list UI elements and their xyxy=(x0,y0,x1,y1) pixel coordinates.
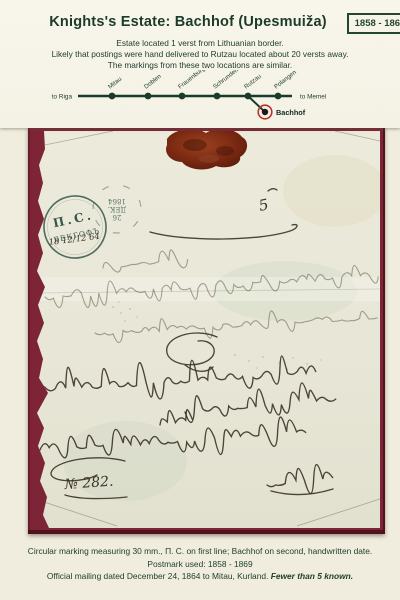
station-dot xyxy=(275,93,282,100)
arrival-year: 1864 xyxy=(108,197,126,205)
caption-line: Circular marking measuring 30 mm., П. С.… xyxy=(0,545,400,558)
cover-artwork: 26 ДЕК. 1864 П.С. БЕКГОФЪ 18 12/12 64 5 xyxy=(35,131,380,528)
station-dot xyxy=(109,93,116,100)
arrival-day: 26 xyxy=(112,213,121,221)
station-label: Polangen xyxy=(273,70,298,91)
arrival-month: ДЕК. xyxy=(108,205,126,213)
maroon-mat: 26 ДЕК. 1864 П.С. БЕКГОФЪ 18 12/12 64 5 xyxy=(28,126,385,534)
exhibit-page: Knights's Estate: Bachhof (Upesmuiža) 18… xyxy=(0,0,400,600)
bachhof-dot xyxy=(262,109,268,115)
station-label: Schrunden xyxy=(212,70,240,91)
caption-text: Official mailing dated December 24, 1864… xyxy=(47,571,268,581)
handwriting-paraph xyxy=(167,333,217,371)
fold-crease xyxy=(335,131,380,141)
flourish-swoosh xyxy=(150,225,297,239)
fold-crease xyxy=(35,499,117,526)
wax-seal xyxy=(166,131,247,169)
cds-line1: П.С. xyxy=(52,208,95,230)
station-label: Rutzau xyxy=(243,73,263,91)
fold-crease xyxy=(35,131,113,147)
caption-line: Official mailing dated December 24, 1864… xyxy=(0,570,400,583)
station-dot xyxy=(214,93,221,100)
period-badge: 1858 - 1869 xyxy=(347,13,400,34)
intro-line: Likely that postings were hand delivered… xyxy=(0,49,400,60)
station-dot xyxy=(145,93,152,100)
postal-cover: 26 ДЕК. 1864 П.С. БЕКГОФЪ 18 12/12 64 5 xyxy=(35,131,380,528)
header-sheet: Knights's Estate: Bachhof (Upesmuiža) 18… xyxy=(0,0,400,128)
caption-line: Postmark used: 1858 - 1869 xyxy=(0,558,400,571)
branch-line xyxy=(248,96,265,112)
fold-crease xyxy=(297,499,380,526)
handwriting-docket-line xyxy=(95,311,377,343)
caption-emphasis: Fewer than 5 known. xyxy=(271,571,353,581)
station-dot xyxy=(179,93,186,100)
terminus-right-label: to Memel xyxy=(300,94,326,101)
station-label: Mitau xyxy=(107,75,124,90)
bachhof-cds: П.С. БЕКГОФЪ xyxy=(38,190,112,264)
handwriting-docket-line xyxy=(103,250,188,272)
route-map: to Riga to Memel Mitau Doblen Frauenburg… xyxy=(0,70,400,128)
intro-line: Estate located 1 verst from Lithuanian b… xyxy=(0,38,400,49)
handwriting-address-line xyxy=(185,383,336,422)
page-title: Knights's Estate: Bachhof (Upesmuiža) xyxy=(0,14,376,30)
paper-stain xyxy=(283,155,380,227)
bachhof-label: Bachhof xyxy=(276,108,306,117)
caption-block: Circular marking measuring 30 mm., П. С.… xyxy=(0,545,400,583)
rate-tilde xyxy=(268,189,277,191)
station-label: Frauenburg xyxy=(177,70,207,91)
handwriting-signature xyxy=(267,465,333,494)
station-label: Doblen xyxy=(143,73,163,91)
signature-underline xyxy=(271,489,333,495)
rate-marking: 5 xyxy=(257,195,270,215)
terminus-left-label: to Riga xyxy=(52,94,73,101)
intro-text: Estate located 1 verst from Lithuanian b… xyxy=(0,38,400,71)
